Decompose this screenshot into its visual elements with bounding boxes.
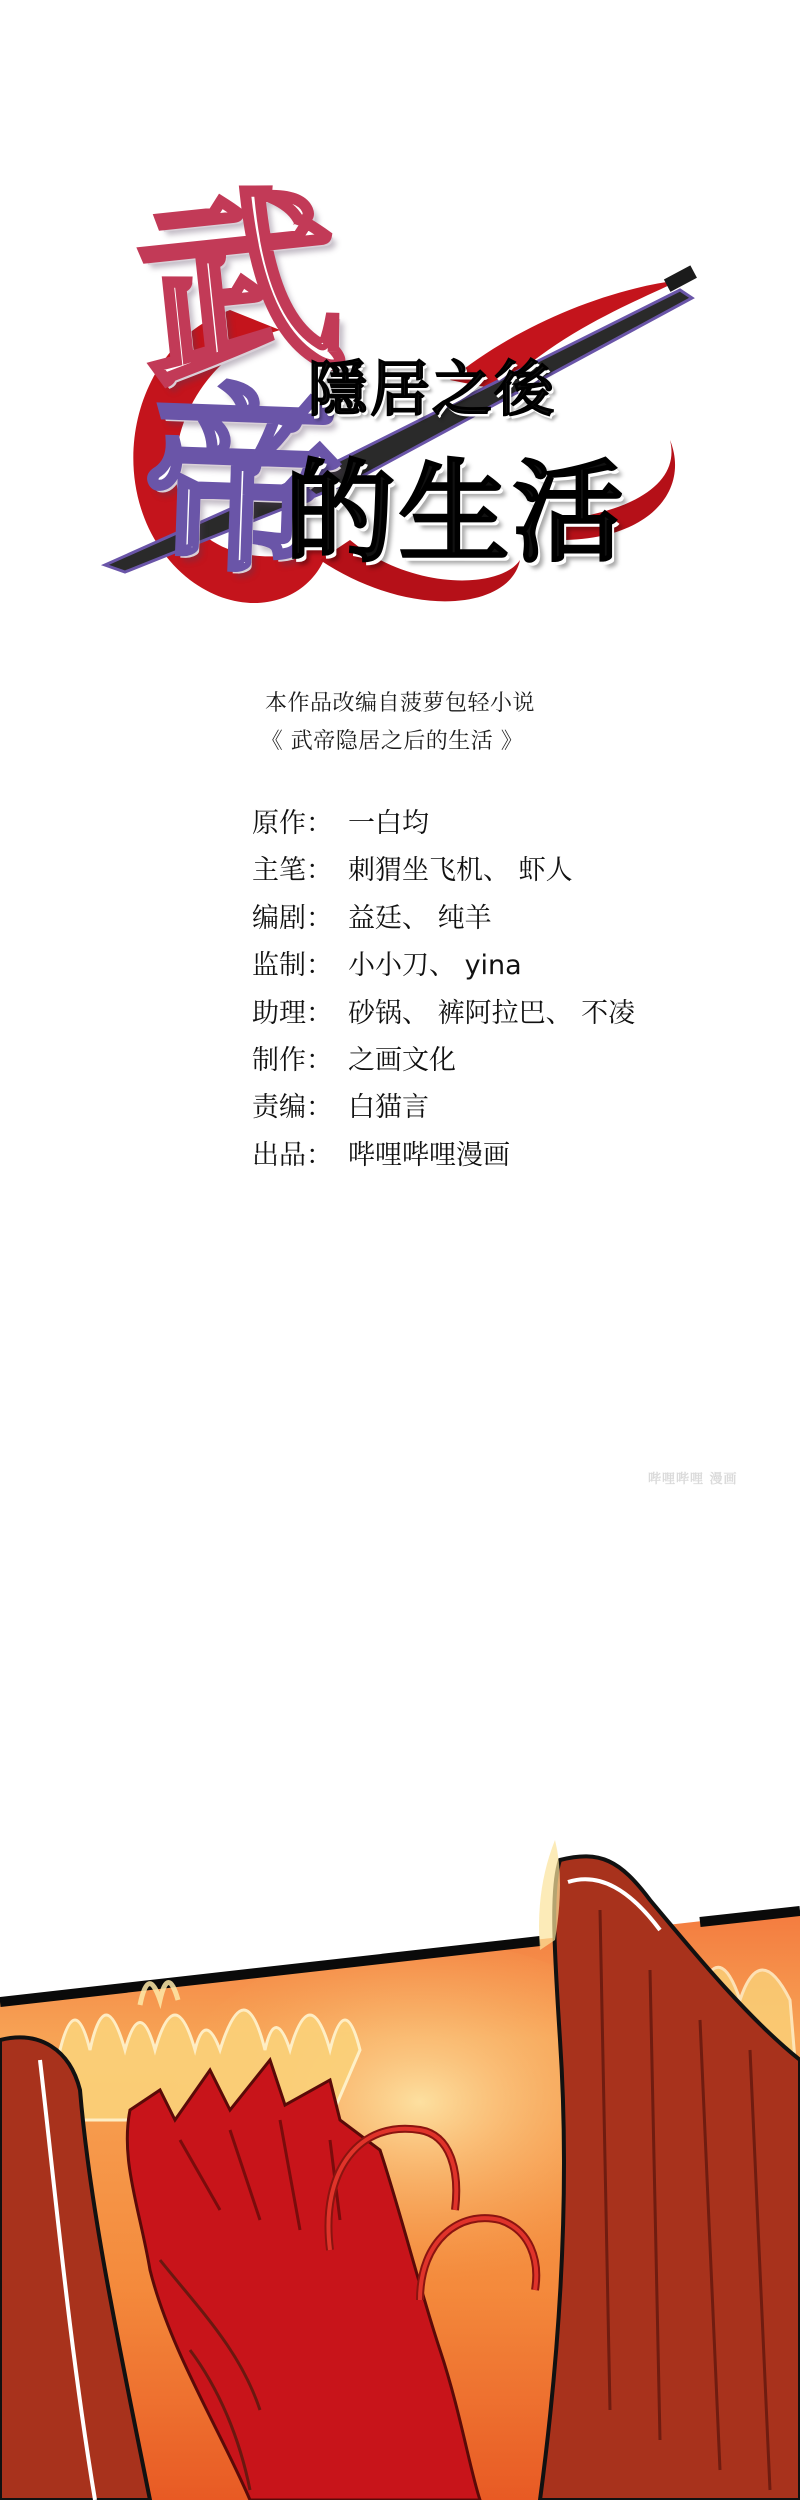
credit-separator: ： <box>306 1037 348 1084</box>
credit-names: 一白均 <box>348 800 429 847</box>
credit-separator: ： <box>306 800 348 847</box>
credit-names: 白猫言 <box>348 1084 429 1131</box>
credit-names: 砂锅、 裤阿拉巴、 不凌 <box>348 990 635 1037</box>
credit-role: 出品 <box>252 1132 306 1179</box>
credit-separator: ： <box>306 1132 348 1179</box>
logo-subtitle-1: 隱居之後 <box>308 342 556 428</box>
phoenix-illustration-panel <box>0 1790 800 2500</box>
credit-row-script: 编剧：益廷、 纯羊 <box>252 895 635 942</box>
credit-row-original: 原作：一白均 <box>252 800 635 847</box>
credit-role: 编剧 <box>252 895 306 942</box>
credit-names: 刺猬坐飞机、 虾人 <box>348 847 573 894</box>
source-novel-title: 《 武帝隐居之后的生活 》 <box>0 724 792 755</box>
credit-role: 监制 <box>252 942 306 989</box>
credit-role: 责编 <box>252 1084 306 1131</box>
credit-separator: ： <box>306 847 348 894</box>
credit-role: 原作 <box>252 800 306 847</box>
credits-list: 原作：一白均 主笔：刺猬坐飞机、 虾人 编剧：益廷、 纯羊 监制：小小刀、 yi… <box>252 800 635 1179</box>
credit-names: 益廷、 纯羊 <box>348 895 492 942</box>
credit-names: 之画文化 <box>348 1037 456 1084</box>
credit-names: 哔哩哔哩漫画 <box>348 1132 510 1179</box>
credit-separator: ： <box>306 1084 348 1131</box>
adaptation-note: 本作品改编自菠萝包轻小说 <box>0 686 800 717</box>
credit-separator: ： <box>306 942 348 989</box>
title-logo: 武 帝 隱居之後 的生活 <box>80 180 720 630</box>
credit-row-publisher: 出品：哔哩哔哩漫画 <box>252 1132 635 1179</box>
credit-row-lead-artist: 主笔：刺猬坐飞机、 虾人 <box>252 847 635 894</box>
phoenix-fire-artwork <box>0 1790 800 2500</box>
credit-separator: ： <box>306 990 348 1037</box>
credit-row-assistants: 助理：砂锅、 裤阿拉巴、 不凌 <box>252 990 635 1037</box>
logo-subtitle-2: 的生活 <box>285 425 627 583</box>
credit-role: 制作 <box>252 1037 306 1084</box>
credit-names: 小小刀、 yina <box>348 942 522 989</box>
credit-role: 主笔 <box>252 847 306 894</box>
credit-row-production: 制作：之画文化 <box>252 1037 635 1084</box>
credit-row-supervisor: 监制：小小刀、 yina <box>252 942 635 989</box>
credit-separator: ： <box>306 895 348 942</box>
credit-role: 助理 <box>252 990 306 1037</box>
credit-row-editor: 责编：白猫言 <box>252 1084 635 1131</box>
bilibili-comics-watermark: 哔哩哔哩 漫画 <box>648 1468 738 1487</box>
